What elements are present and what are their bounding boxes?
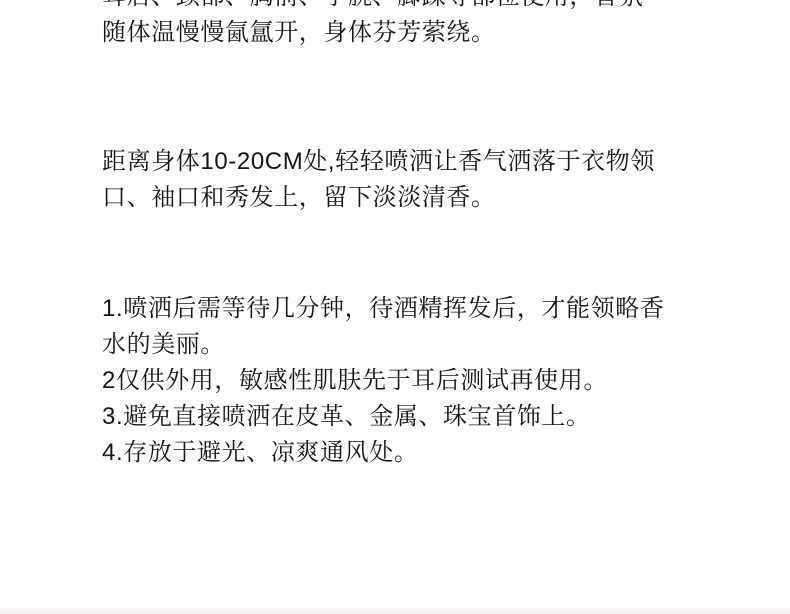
usage-areas-paragraph: 耳后、颈部、胸前、手腕、脚踝等部位使用，香氛 随体温慢慢氤氲开，身体芬芳萦绕。 — [102, 0, 730, 51]
text-line: 距离身体10-20CM处,轻轻喷洒让香气洒落于衣物领 — [102, 144, 730, 180]
precaution-item: 3.避免直接喷洒在皮革、金属、珠宝首饰上。 — [102, 399, 730, 435]
product-description-page: 耳后、颈部、胸前、手腕、脚踝等部位使用，香氛 随体温慢慢氤氲开，身体芬芳萦绕。 … — [0, 0, 790, 614]
precaution-item: 4.存放于避光、凉爽通风处。 — [102, 435, 730, 471]
spray-distance-paragraph: 距离身体10-20CM处,轻轻喷洒让香气洒落于衣物领 口、袖口和秀发上，留下淡淡… — [102, 144, 730, 216]
precautions-list: 1.喷洒后需等待几分钟，待酒精挥发后，才能领略香 水的美丽。 2仅供外用，敏感性… — [102, 291, 730, 471]
precaution-item: 2仅供外用，敏感性肌肤先于耳后测试再使用。 — [102, 363, 730, 399]
precaution-item: 1.喷洒后需等待几分钟，待酒精挥发后，才能领略香 — [102, 291, 730, 327]
precaution-item: 水的美丽。 — [102, 327, 730, 363]
next-section-edge — [0, 607, 790, 614]
text-line: 耳后、颈部、胸前、手腕、脚踝等部位使用，香氛 — [102, 0, 730, 15]
text-line: 随体温慢慢氤氲开，身体芬芳萦绕。 — [102, 15, 730, 51]
text-line: 口、袖口和秀发上，留下淡淡清香。 — [102, 180, 730, 216]
